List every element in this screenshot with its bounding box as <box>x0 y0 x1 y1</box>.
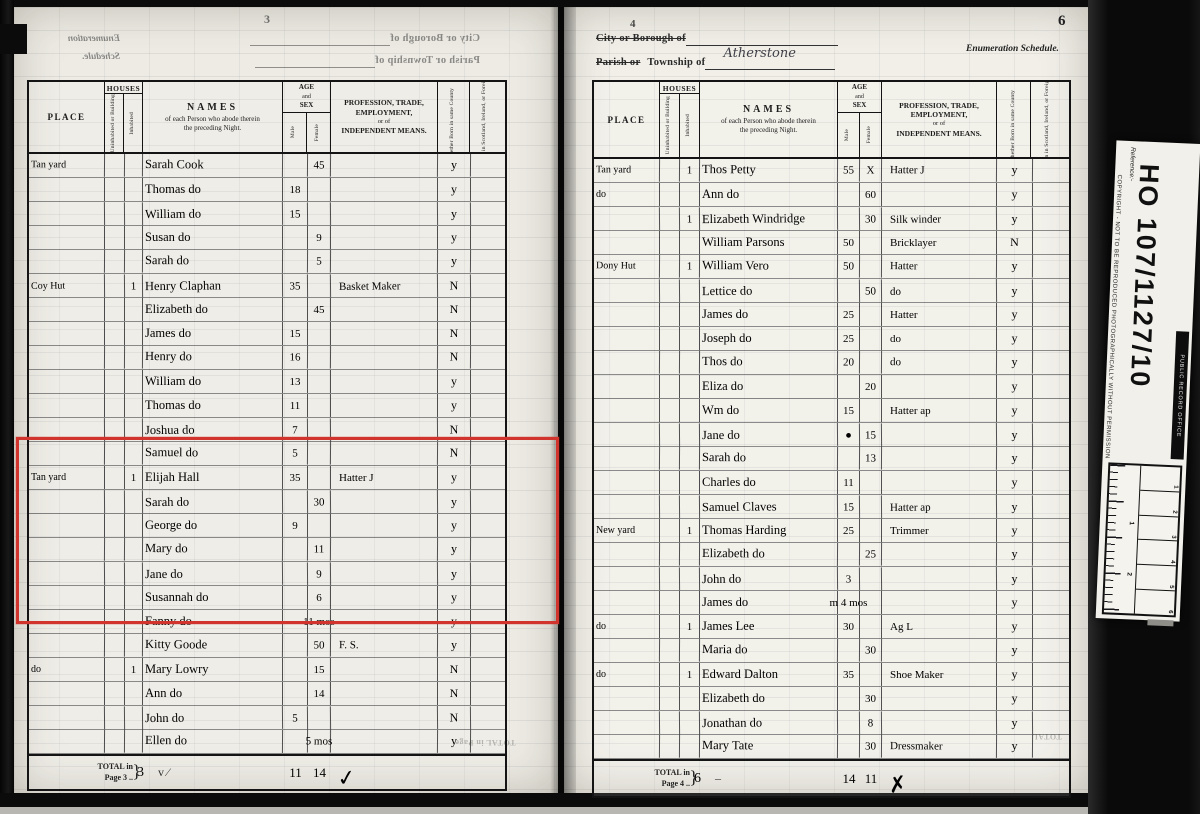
profession-cell: Hatter <box>882 303 997 326</box>
inhabited-cell <box>680 734 700 757</box>
inhabited-cell <box>125 202 143 225</box>
place-cell <box>29 202 105 226</box>
person-name-cell: Thomas Harding <box>700 519 838 542</box>
female-age-cell: 5 mos <box>308 729 331 752</box>
person-name-cell: Mary Lowry <box>143 658 283 681</box>
profession-cell <box>331 682 438 705</box>
person-name-cell: Ann do <box>143 682 283 705</box>
census-table-right: PLACE HOUSES Uninhabited or Building Inh… <box>592 80 1071 798</box>
uninhabited-cell <box>105 729 125 752</box>
uninhabited-cell <box>660 542 680 565</box>
born-foreign-cell <box>471 178 501 201</box>
person-name-cell: William Vero <box>700 254 838 278</box>
ruler-segment: 4 <box>1137 540 1177 567</box>
male-age-cell: 15 <box>838 495 860 518</box>
female-age-cell: 20 <box>860 375 882 398</box>
male-age-cell: 50 <box>838 254 860 277</box>
person-name-cell: Elizabeth do <box>143 298 283 321</box>
male-age-cell: 13 <box>283 370 308 393</box>
census-row: Joseph do25doy <box>594 327 1069 351</box>
inhabited-cell <box>680 231 700 254</box>
uninhabited-cell <box>105 658 125 681</box>
profession-cell <box>331 658 438 681</box>
born-foreign-cell <box>1033 495 1065 518</box>
uninhabited-cell <box>660 663 680 686</box>
born-county-cell: y <box>438 394 471 417</box>
place-cell <box>29 394 105 417</box>
uninhabited-cell <box>660 734 680 757</box>
male-age-cell: 35 <box>283 274 308 297</box>
uninhabited-cell <box>660 423 680 446</box>
uninhabited-cell <box>105 274 125 297</box>
born-foreign-cell <box>471 682 501 705</box>
enumeration-schedule-label: Enumeration Schedule. <box>966 38 1059 56</box>
place-cell: New yard <box>594 519 660 542</box>
profession-cell <box>331 178 438 201</box>
profession-cell <box>882 183 997 206</box>
inhabited-cell <box>680 350 700 373</box>
inhabited-cell <box>680 591 700 614</box>
born-foreign-cell <box>1033 350 1065 373</box>
inhabited-cell <box>680 183 700 206</box>
uninhabited-cell <box>105 178 125 201</box>
male-age-cell <box>283 153 308 176</box>
place-cell <box>594 423 660 447</box>
born-foreign-cell <box>1033 615 1065 638</box>
born-foreign-cell <box>471 370 501 393</box>
place-cell <box>594 231 660 254</box>
place-cell <box>594 350 660 373</box>
profession-cell: Hatter ap <box>882 495 997 519</box>
profession-cell <box>882 638 997 662</box>
census-row: Thomas do18y <box>29 178 505 202</box>
uninhabited-cell <box>105 249 125 272</box>
born-foreign-cell <box>471 394 501 417</box>
profession-cell: Basket Maker <box>331 274 438 298</box>
person-name-cell: Sarah do <box>700 446 838 470</box>
profession-cell <box>882 375 997 398</box>
uninhabited-cell <box>660 183 680 206</box>
scan-border-left <box>0 0 14 808</box>
born-foreign-cell <box>1033 279 1065 302</box>
profession-cell <box>331 202 438 226</box>
born-county-cell: y <box>997 446 1033 469</box>
born-foreign-cell <box>1033 207 1065 230</box>
born-foreign-cell <box>1033 591 1065 614</box>
born-foreign-cell <box>1033 638 1065 661</box>
male-age-cell: 15 <box>283 202 308 225</box>
profession-cell <box>331 394 438 417</box>
person-name-cell: Wm do <box>700 399 838 422</box>
female-age-cell: 30 <box>860 734 882 757</box>
person-name-cell: Samuel Claves <box>700 495 838 519</box>
female-age-cell: 9 <box>308 226 331 249</box>
female-age-cell <box>308 345 331 368</box>
header-houses: HOUSES Uninhabited or Building Inhabited <box>105 82 143 152</box>
born-county-cell: y <box>997 207 1033 230</box>
uninhabited-cell <box>660 446 680 469</box>
place-cell: do <box>594 615 660 638</box>
place-cell <box>29 706 105 730</box>
female-age-cell: 15 <box>860 423 882 446</box>
total-label: TOTAL in Page 3 .. } <box>29 762 143 783</box>
born-foreign-cell <box>471 153 501 176</box>
inhabited-cell <box>680 279 700 302</box>
inhabited-cell <box>125 298 143 321</box>
uninhabited-cell <box>105 153 125 176</box>
inhabited-cell <box>125 178 143 201</box>
male-age-cell <box>283 249 308 272</box>
place-cell <box>29 682 105 705</box>
born-foreign-cell <box>471 706 501 729</box>
profession-cell <box>882 591 997 614</box>
born-foreign-cell <box>1033 542 1065 565</box>
male-age-cell <box>838 207 860 230</box>
total-row-left: TOTAL in Page 3 .. } 3 v ⁄ 11 14 ✓ <box>29 754 505 789</box>
person-name-cell: Joseph do <box>700 327 838 350</box>
profession-cell <box>331 226 438 249</box>
census-row: Elizabeth do45N <box>29 298 505 322</box>
census-row: Elizabeth do25y <box>594 543 1069 567</box>
census-row: Thos do20doy <box>594 351 1069 375</box>
inhabited-cell <box>680 303 700 326</box>
census-row: doAnn do60y <box>594 183 1069 207</box>
born-county-cell: y <box>997 495 1033 518</box>
male-age-cell <box>838 279 860 302</box>
header-age-sex: AGE and SEX Male Female <box>838 82 882 157</box>
profession-cell: do <box>882 279 997 303</box>
mirrored-city-line: City or Borough of <box>150 28 480 46</box>
census-row: Jonathan do8y <box>594 711 1069 735</box>
total-female: 11 <box>860 771 882 787</box>
inhabited-cell <box>125 249 143 272</box>
person-name-cell: Eliza do <box>700 375 838 398</box>
total-male: 11 <box>283 765 308 781</box>
born-foreign-cell <box>471 322 501 345</box>
female-age-cell: 45 <box>308 153 331 176</box>
inhabited-cell: 1 <box>125 274 143 297</box>
uninhabited-cell <box>660 471 680 494</box>
born-county-cell: y <box>438 178 471 201</box>
person-name-cell: Charles do <box>700 471 838 494</box>
uninhabited-cell <box>660 638 680 661</box>
uninhabited-cell <box>105 706 125 729</box>
female-age-cell: 45 <box>308 298 331 321</box>
census-row: do1James Lee30Ag Ly <box>594 615 1069 639</box>
uninhabited-cell <box>660 303 680 326</box>
header-age-sex: AGE and SEX Male Female <box>283 82 331 152</box>
place-cell <box>594 207 660 231</box>
female-age-cell <box>860 567 882 590</box>
male-age-cell <box>283 633 308 656</box>
census-row: Jane do●15y <box>594 423 1069 447</box>
census-row: Tan yard1Thos Petty55XHatter Jy <box>594 159 1069 183</box>
born-county-cell: y <box>997 303 1033 326</box>
inhabited-cell: 1 <box>680 207 700 230</box>
born-county-cell: y <box>997 638 1033 661</box>
born-county-cell: y <box>997 399 1033 422</box>
person-name-cell: William do <box>143 202 283 226</box>
born-county-cell: y <box>997 663 1033 686</box>
born-foreign-cell <box>1033 183 1065 206</box>
profession-cell <box>331 729 438 753</box>
census-row: Eliza do20y <box>594 375 1069 399</box>
male-age-cell <box>283 682 308 705</box>
person-name-cell: Susan do <box>143 226 283 249</box>
inhabited-cell <box>680 446 700 469</box>
inhabited-cell: 1 <box>125 658 143 681</box>
male-age-cell: 15 <box>838 399 860 422</box>
scan-border-top <box>0 0 1090 7</box>
total-houses: 3 v ⁄ <box>143 765 283 781</box>
male-age-cell <box>283 658 308 681</box>
born-foreign-cell <box>1033 471 1065 494</box>
place-cell <box>29 322 105 345</box>
inhabited-cell <box>125 370 143 393</box>
female-age-cell <box>860 495 882 518</box>
male-age-cell: 18 <box>283 178 308 201</box>
uninhabited-cell <box>660 615 680 638</box>
census-row: William do13y <box>29 370 505 394</box>
female-age-cell: X <box>860 158 882 181</box>
scan-base-strip <box>0 807 1090 814</box>
header-names: NAMES of each Person who abode therein t… <box>143 82 283 152</box>
ruler-segment: 3 <box>1138 515 1178 542</box>
female-age-cell <box>860 519 882 542</box>
place-cell <box>29 345 105 369</box>
born-foreign-cell <box>1033 327 1065 350</box>
male-age-cell <box>838 687 860 710</box>
place-cell: do <box>594 183 660 206</box>
person-name-cell: James do <box>143 322 283 345</box>
male-age-cell <box>283 226 308 249</box>
male-age-cell <box>283 298 308 321</box>
place-cell <box>594 591 660 614</box>
born-county-cell: y <box>997 591 1033 614</box>
born-county-cell: y <box>997 519 1033 542</box>
place-cell <box>29 729 105 753</box>
census-row: Samuel Claves15Hatter apy <box>594 495 1069 519</box>
person-name-cell: Thos do <box>700 350 838 374</box>
census-row: Elizabeth do30y <box>594 687 1069 711</box>
uninhabited-cell <box>660 207 680 230</box>
uninhabited-cell <box>660 495 680 518</box>
total-houses: 6 – <box>700 771 838 787</box>
female-age-cell <box>860 591 882 614</box>
person-name-cell: Thomas do <box>143 394 283 417</box>
male-age-cell: 15 <box>283 322 308 345</box>
table-header: PLACE HOUSES Uninhabited or Building Inh… <box>594 82 1069 159</box>
header-profession: PROFESSION, TRADE, EMPLOYMENT, or of IND… <box>331 82 438 152</box>
uninhabited-cell <box>105 370 125 393</box>
inhabited-cell <box>680 327 700 350</box>
uninhabited-cell <box>105 226 125 249</box>
inhabited-cell <box>680 542 700 565</box>
male-age-cell: 30 <box>838 615 860 638</box>
profession-cell <box>882 567 997 591</box>
male-age-cell: 5 <box>283 706 308 729</box>
place-cell <box>29 298 105 321</box>
place-cell <box>594 638 660 661</box>
inhabited-cell <box>680 638 700 661</box>
female-age-cell <box>308 274 331 297</box>
census-row: Thomas do11y <box>29 394 505 418</box>
person-name-cell: Edward Dalton <box>700 663 838 686</box>
inhabited-cell <box>125 682 143 705</box>
census-row: John do5N <box>29 706 505 730</box>
male-age-cell <box>838 734 860 757</box>
table-header: PLACE HOUSES Uninhabited or Building Inh… <box>29 82 505 154</box>
census-document-scan: Enumeration Schedule. City or Borough of… <box>0 0 1200 814</box>
born-foreign-cell <box>1033 423 1065 446</box>
born-county-cell: y <box>997 183 1033 206</box>
header-names: NAMES of each Person who abode therein t… <box>700 82 838 157</box>
census-row: William Parsons50BricklayerN <box>594 231 1069 255</box>
profession-cell: Hatter J <box>882 158 997 182</box>
male-age-cell <box>838 542 860 565</box>
inhabited-cell <box>680 399 700 422</box>
male-age-cell: ● <box>838 423 860 446</box>
person-name-cell: John do <box>700 567 838 591</box>
born-foreign-cell <box>1033 519 1065 542</box>
female-age-cell <box>308 202 331 225</box>
person-name-cell: Elizabeth Windridge <box>700 207 838 231</box>
inhabited-cell <box>125 226 143 249</box>
uninhabited-cell <box>660 231 680 254</box>
profession-cell <box>882 446 997 470</box>
born-county-cell: y <box>997 615 1033 638</box>
uninhabited-cell <box>105 202 125 225</box>
header-profession: PROFESSION, TRADE, EMPLOYMENT, or of IND… <box>882 82 997 157</box>
female-age-cell <box>860 399 882 422</box>
census-row: Tan yardSarah Cook45y <box>29 154 505 178</box>
inhabited-cell <box>680 471 700 494</box>
person-name-cell: Jane do <box>700 423 838 447</box>
ruler-centimetres: 123456 <box>1135 466 1180 616</box>
male-age-cell: 55 <box>838 158 860 181</box>
place-cell <box>29 370 105 393</box>
female-age-cell <box>860 663 882 686</box>
person-name-cell: Maria do <box>700 638 838 662</box>
uninhabited-cell <box>660 687 680 710</box>
female-age-cell: 30 <box>860 638 882 661</box>
male-age-cell: 50 <box>838 231 860 254</box>
census-row: William do15y <box>29 202 505 226</box>
male-age-cell <box>838 638 860 661</box>
born-foreign-cell <box>1033 663 1065 686</box>
uninhabited-cell <box>660 350 680 373</box>
born-county-cell: y <box>997 423 1033 446</box>
female-age-cell <box>308 370 331 393</box>
female-age-cell: 50 <box>860 279 882 302</box>
inhabited-cell <box>680 375 700 398</box>
census-row: Wm do15Hatter apy <box>594 399 1069 423</box>
place-cell <box>594 734 660 757</box>
profession-cell <box>882 542 997 566</box>
born-foreign-cell <box>1033 231 1065 254</box>
born-county-cell: y <box>997 327 1033 350</box>
born-foreign-cell <box>471 202 501 225</box>
total-male: 14 <box>838 771 860 787</box>
born-county-cell: N <box>438 345 471 368</box>
uninhabited-cell <box>660 711 680 734</box>
born-county-cell: y <box>997 350 1033 373</box>
uninhabited-cell <box>660 375 680 398</box>
person-name-cell: James do <box>700 303 838 326</box>
born-foreign-cell <box>471 345 501 368</box>
female-age-cell <box>860 350 882 373</box>
born-foreign-cell <box>1033 254 1065 277</box>
person-name-cell: William Parsons <box>700 231 838 254</box>
profession-cell <box>882 687 997 710</box>
female-age-cell <box>860 303 882 326</box>
person-name-cell: Jonathan do <box>700 711 838 735</box>
uninhabited-cell <box>105 394 125 417</box>
born-county-cell: N <box>438 274 471 297</box>
female-age-cell <box>860 231 882 254</box>
uninhabited-cell <box>660 327 680 350</box>
born-county-cell: N <box>438 706 471 729</box>
uninhabited-cell <box>105 298 125 321</box>
census-row: Dony Hut1William Vero50Hattery <box>594 255 1069 279</box>
born-county-cell: y <box>997 158 1033 181</box>
profession-cell <box>331 298 438 321</box>
highlight-red-box <box>16 437 559 624</box>
person-name-cell: Henry do <box>143 345 283 369</box>
uninhabited-cell <box>660 279 680 302</box>
census-row: Ellen do5 mosy <box>29 730 505 754</box>
census-row: Henry do16N <box>29 346 505 370</box>
born-county-cell: y <box>997 279 1033 302</box>
header-where-born: Where Born Whether Born in same County W… <box>997 82 1065 157</box>
place-cell <box>594 446 660 469</box>
person-name-cell: William do <box>143 370 283 393</box>
profession-cell <box>331 706 438 730</box>
born-county-cell: y <box>438 249 471 272</box>
right-page-small-mark: 4 <box>630 14 636 32</box>
census-row: Charles do11y <box>594 471 1069 495</box>
person-name-cell: Ann do <box>700 183 838 206</box>
place-cell <box>594 542 660 565</box>
born-county-cell: N <box>438 298 471 321</box>
profession-cell: Ag L <box>882 615 997 638</box>
census-row: New yard1Thomas Harding25Trimmery <box>594 519 1069 543</box>
header-houses: HOUSES Uninhabited or Building Inhabited <box>660 82 700 157</box>
male-age-cell: 25 <box>838 327 860 350</box>
header-place: PLACE <box>594 82 660 157</box>
born-foreign-cell <box>471 249 501 272</box>
place-cell <box>594 711 660 735</box>
born-county-cell: N <box>438 322 471 345</box>
profession-cell <box>331 249 438 273</box>
person-name-cell: Sarah do <box>143 249 283 273</box>
inhabited-cell <box>680 711 700 734</box>
male-age-cell <box>838 711 860 734</box>
female-age-cell <box>308 322 331 345</box>
male-age-cell <box>283 729 308 752</box>
place-cell <box>594 303 660 326</box>
male-age-cell: 3 <box>838 567 860 590</box>
born-foreign-cell <box>1033 158 1065 181</box>
mirrored-schedule-label: Enumeration Schedule. <box>30 28 120 64</box>
female-age-cell <box>860 615 882 638</box>
born-foreign-cell <box>1033 375 1065 398</box>
profession-cell <box>331 370 438 393</box>
inhabited-cell: 1 <box>680 158 700 181</box>
female-age-cell: 13 <box>860 446 882 469</box>
uninhabited-cell <box>105 322 125 345</box>
place-cell <box>29 633 105 657</box>
